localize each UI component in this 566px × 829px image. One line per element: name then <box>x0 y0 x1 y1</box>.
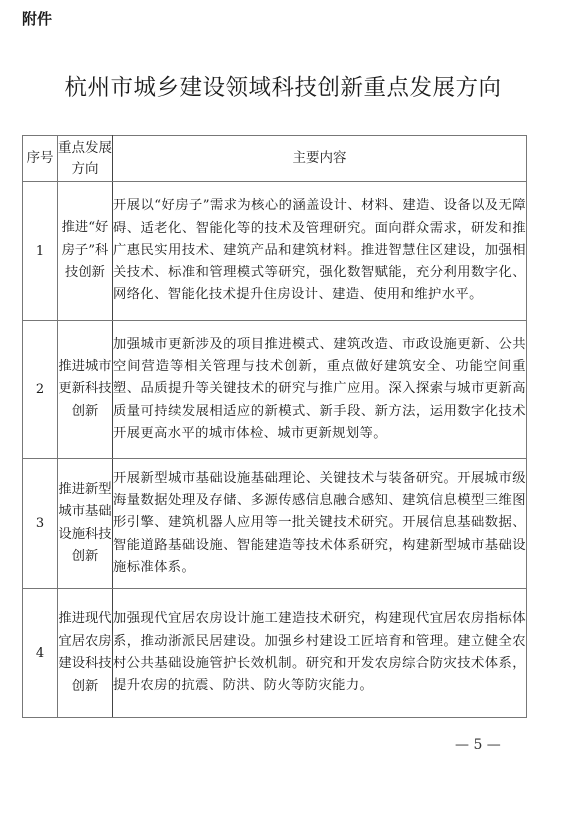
table-row: 4 推进现代宜居农房建设科技创新 加强现代宜居农房设计施工建造技术研究，构建现代… <box>23 589 527 718</box>
row-content: 加强现代宜居农房设计施工建造技术研究，构建现代宜居农房指标体系，推动浙派民居建设… <box>113 589 527 718</box>
row-direction: 推进新型城市基础设施科技创新 <box>58 459 113 589</box>
table-row: 1 推进“好房子”科技创新 开展以“好房子”需求为核心的涵盖设计、材料、建造、设… <box>23 182 527 321</box>
table-row: 2 推进城市更新科技创新 加强城市更新涉及的项目推进模式、建筑改造、市政设施更新… <box>23 321 527 459</box>
row-index: 2 <box>23 321 58 459</box>
table-row: 3 推进新型城市基础设施科技创新 开展新型城市基础设施基础理论、关键技术与装备研… <box>23 459 527 589</box>
row-index: 4 <box>23 589 58 718</box>
row-index: 3 <box>23 459 58 589</box>
table-header-row: 序号 重点发展方向 主要内容 <box>23 136 527 182</box>
header-content: 主要内容 <box>113 136 527 182</box>
page-number: — 5 — <box>455 737 501 753</box>
row-content: 开展新型城市基础设施基础理论、关键技术与装备研究。开展城市级海量数据处理及存储、… <box>113 459 527 589</box>
row-content: 开展以“好房子”需求为核心的涵盖设计、材料、建造、设备以及无障碍、适老化、智能化… <box>113 182 527 321</box>
row-index: 1 <box>23 182 58 321</box>
document-title: 杭州市城乡建设领域科技创新重点发展方向 <box>0 70 566 102</box>
attachment-label: 附件 <box>22 8 52 29</box>
row-direction: 推进现代宜居农房建设科技创新 <box>58 589 113 718</box>
row-direction: 推进“好房子”科技创新 <box>58 182 113 321</box>
row-direction: 推进城市更新科技创新 <box>58 321 113 459</box>
focus-directions-table: 序号 重点发展方向 主要内容 1 推进“好房子”科技创新 开展以“好房子”需求为… <box>22 135 527 718</box>
row-content: 加强城市更新涉及的项目推进模式、建筑改造、市政设施更新、公共空间营造等相关管理与… <box>113 321 527 459</box>
header-index: 序号 <box>23 136 58 182</box>
header-direction: 重点发展方向 <box>58 136 113 182</box>
